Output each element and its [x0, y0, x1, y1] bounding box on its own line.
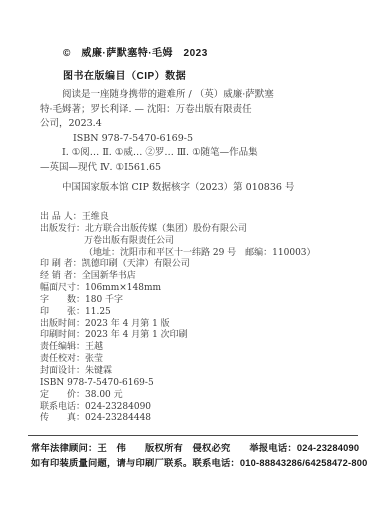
publication-info-line-producer: 出 品 人：王维良 — [40, 212, 365, 224]
classification-line: Ⅰ. ①阅… Ⅱ. ①威… ②罗… Ⅲ. ①随笔—作品集 — [40, 146, 340, 161]
publication-info-line-wordcount: 字 数：180 千字 — [40, 295, 365, 307]
publication-info-line-isbn: ISBN 978-7-5470-6169-5 — [40, 378, 365, 390]
publication-info-line-printer: 印 刷 者：凯德印刷（天津）有限公司 — [40, 259, 365, 271]
publication-info-line-publisher: 出版发行：北方联合出版传媒（集团）股份有限公司 — [40, 224, 365, 236]
cip-description-block: 阅读是一座随身携带的避难所 / （英）威廉·萨默塞 特·毛姆著；罗长利译. — … — [40, 88, 340, 146]
cip-description-line: 公司，2023.4 — [40, 117, 340, 132]
publication-info-line-distributor: 经 销 者：全国新华书店 — [40, 271, 365, 283]
classification-line: —英国—现代 Ⅳ. ①I561.65 — [40, 161, 340, 176]
divider — [28, 435, 358, 436]
publication-info-line-pubdate: 出版时间：2023 年 4 月第 1 版 — [40, 319, 365, 331]
publication-info-line-proofreader: 责任校对：张莹 — [40, 354, 365, 366]
publication-info-line-phone: 联系电话：024-23284090 — [40, 402, 365, 414]
publication-info-line-editor: 责任编辑：王越 — [40, 342, 365, 354]
publication-info-line-format: 幅面尺寸：106mm×148mm — [40, 283, 365, 295]
publication-info-line-sheets: 印 张：11.25 — [40, 307, 365, 319]
publication-info-line-price: 定 价：38.00 元 — [40, 390, 365, 402]
cip-description-line: 特·毛姆著；罗长利译. — 沈阳：万卷出版有限责任 — [40, 103, 340, 118]
legal-counsel-line: 常年法律顾问：王 伟 版权所有 侵权必究 举报电话：024-23284090 — [31, 441, 366, 456]
publication-info-line-printdate: 印刷时间：2023 年 4 月第 1 次印刷 — [40, 330, 365, 342]
publication-info-list: 出 品 人：王维良 出版发行：北方联合出版传媒（集团）股份有限公司 万卷出版有限… — [40, 212, 365, 425]
cip-data-heading: 图书在版编目（CIP）数据 — [63, 67, 186, 82]
copyright-notice: © 威廉·萨默塞特·毛姆 2023 — [63, 44, 208, 59]
cip-record-number: 中国国家版本馆 CIP 数据核字（2023）第 010836 号 — [62, 179, 294, 193]
print-quality-line: 如有印装质量问题，请与印刷厂联系。联系电话：010-88843286/64258… — [31, 456, 366, 471]
cip-isbn-line: ISBN 978-7-5470-6169-5 — [40, 132, 340, 147]
cip-description-line: 阅读是一座随身携带的避难所 / （英）威廉·萨默塞 — [40, 88, 340, 103]
publication-info-line-fax: 传 真：024-23284448 — [40, 413, 365, 425]
publication-info-line-publisher2: 万卷出版有限责任公司 — [40, 236, 365, 248]
publication-info-line-address: （地址：沈阳市和平区十一纬路 29 号 邮编：110003） — [40, 248, 365, 260]
cip-classification-block: Ⅰ. ①阅… Ⅱ. ①威… ②罗… Ⅲ. ①随笔—作品集 —英国—现代 Ⅳ. ①… — [40, 146, 340, 175]
publication-info-line-coverdesign: 封面设计：朱键霖 — [40, 366, 365, 378]
legal-footer: 常年法律顾问：王 伟 版权所有 侵权必究 举报电话：024-23284090 如… — [31, 441, 366, 470]
copyright-page: © 威廉·萨默塞特·毛姆 2023 图书在版编目（CIP）数据 阅读是一座随身携… — [0, 0, 375, 520]
